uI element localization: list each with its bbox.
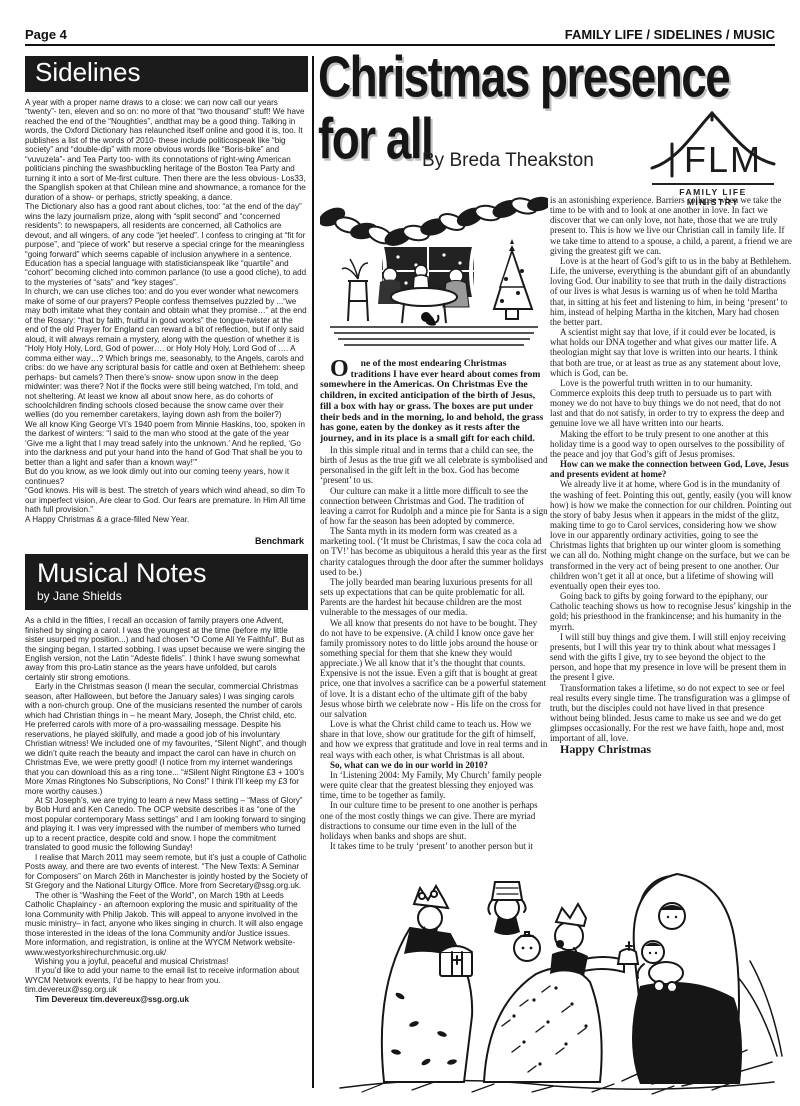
newsletter-page: Page 4 FAMILY LIFE / SIDELINES / MUSIC S… [0,0,800,1106]
musical-notes-paragraph: Early in the Christmas season (I mean th… [25,682,308,796]
nativity-magi-illustration [322,856,790,1101]
flm-roof-icon: FLM [650,106,776,178]
article-paragraph: Going back to gifts by going forward to … [550,591,792,632]
sidelines-body: A year with a proper name draws to a clo… [25,98,308,524]
wycm-website-url: www.westyorkshirechurchmusic.org.uk/ [25,948,308,957]
musical-notes-paragraph: As a child in the fifties, I recall an o… [25,616,308,682]
article-byline: By Breda Theakston [422,150,594,172]
sidelines-paragraph: The Dictionary also has a good rant abou… [25,202,308,287]
sidelines-paragraph: “God knows. His will is best. The stretc… [25,486,308,514]
musical-notes-paragraph: I realise that March 2011 may seem remot… [25,853,308,891]
page-number: Page 4 [25,27,67,42]
article-paragraph: I will still buy things and give them. I… [550,632,792,683]
musical-notes-wish: Wishing you a joyful, peaceful and music… [25,957,308,966]
section-title: FAMILY LIFE / SIDELINES / MUSIC [565,27,775,42]
article-paragraph: Love is at the heart of God’s gift to us… [550,256,792,327]
article-paragraph: The Santa myth in its modern form was cr… [320,526,548,577]
article-column-1: One of the most endearing Christmas trad… [320,195,548,851]
article-paragraph: It takes time to be truly ‘present’ to a… [320,841,548,851]
musical-notes-paragraph: At St Joseph’s, we are trying to learn a… [25,796,308,853]
musical-notes-byline: by Jane Shields [37,589,296,603]
musical-notes-body: As a child in the fifties, I recall an o… [25,616,308,1004]
musical-notes-signature: Tim Devereux tim.devereux@ssg.org.uk [25,995,308,1004]
lead-text: ne of the most endearing Christmas tradi… [320,358,543,444]
sidelines-paragraph: A year with a proper name draws to a clo… [25,98,308,202]
sidelines-paragraph: In church, we can use cliches too: and d… [25,287,308,420]
article-paragraph: is an astonishing experience. Barriers c… [550,195,792,256]
article-paragraph: The jolly bearded man bearing luxurious … [320,577,548,618]
article-paragraph: In our culture time to be present to one… [320,800,548,841]
sidelines-signoff: Benchmark [25,536,304,546]
article-subhead-2: How can we make the connection between G… [550,459,792,479]
article-paragraph: In ‘Listening 2004: My Family, My Church… [320,770,548,800]
svg-text:FLM: FLM [684,139,762,178]
musical-notes-banner: Musical Notes by Jane Shields [25,554,308,610]
flm-logo: FLM FAMILY LIFE MINISTRY [650,106,776,207]
column-divider [312,56,314,1088]
article-paragraph: Our culture can make it a little more di… [320,486,548,527]
article-paragraph: We already live it at home, where God is… [550,479,792,591]
musical-notes-invite: If you’d like to add your name to the em… [25,966,308,985]
article-paragraph: We all know that presents do not have to… [320,618,548,720]
article-paragraph: Making the effort to be truly present to… [550,429,792,459]
article-paragraph: Love is what the Christ child came to te… [320,719,548,760]
drop-cap: O [320,360,349,379]
article-lead-paragraph: One of the most endearing Christmas trad… [320,359,548,445]
contact-email: tim.devereux@ssg.org.uk [25,985,308,994]
headline-line-1: Christmas presence [318,48,797,107]
article-paragraph: Transformation takes a lifetime, so do n… [550,683,792,744]
article-paragraph: In this simple ritual and in terms that … [320,445,548,486]
article-paragraph: Love is the powerful truth written in to… [550,378,792,429]
article-paragraph: A scientist might say that love, if it c… [550,327,792,378]
left-column: Sidelines A year with a proper name draw… [25,56,308,1004]
article-subhead-1: So, what can we do in our world in 2010? [320,760,548,770]
sidelines-paragraph: A Happy Christmas & a grace-filled New Y… [25,515,308,524]
sidelines-paragraph: We all know King George VI’s 1940 poem f… [25,420,308,467]
article-closing: Happy Christmas [550,743,792,757]
sidelines-paragraph: But do you know, as we look dimly out in… [25,467,308,486]
paper-chain-family-illustration [320,195,548,353]
musical-notes-title: Musical Notes [37,558,296,588]
musical-notes-paragraph: The other is “Washing the Feet of the Wo… [25,891,308,948]
sidelines-banner: Sidelines [25,56,308,92]
sidelines-title: Sidelines [35,57,298,87]
article-column-2: is an astonishing experience. Barriers c… [550,195,792,757]
